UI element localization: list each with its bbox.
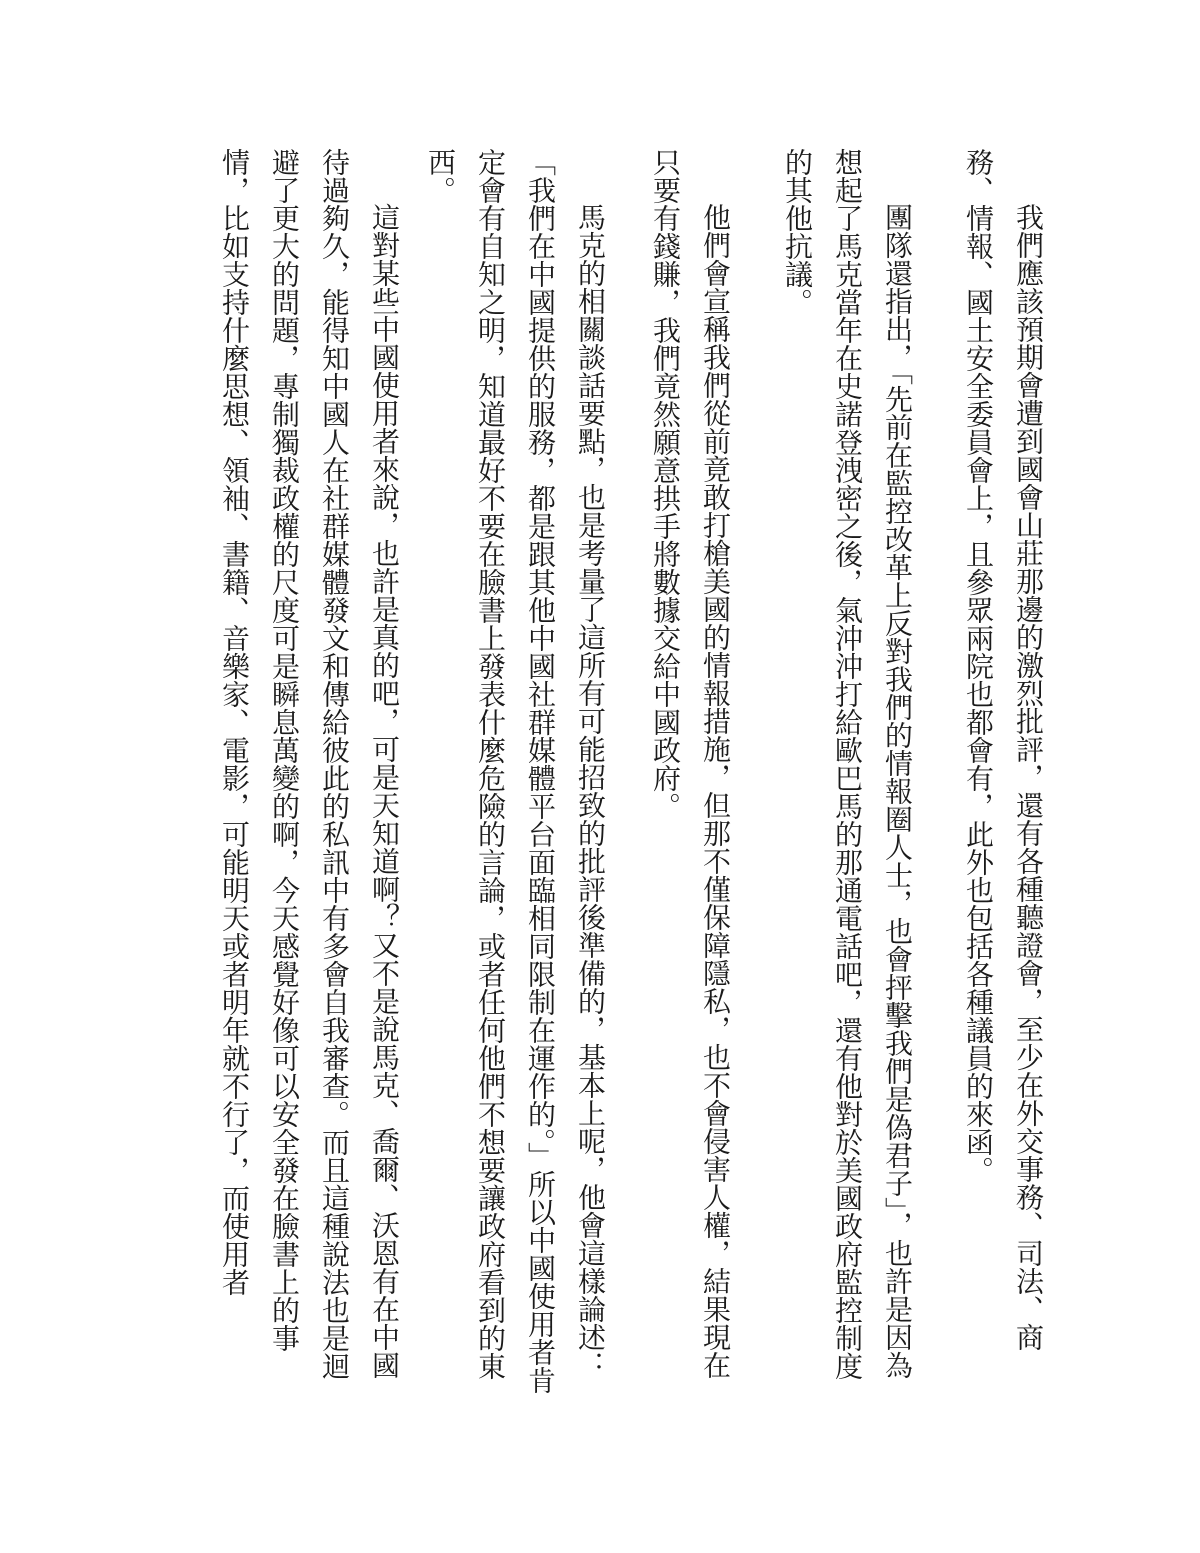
book-page: 我們應該預期會遭到國會山莊那邊的激烈批評，還有各種聽證會，至少在外交事務、司法、… [0, 0, 1200, 1553]
paragraph-2: 團隊還指出，「先前在監控改革上反對我們的情報圈人士，也會抨擊我們是偽君子」，也許… [772, 148, 922, 1403]
paragraph-4: 馬克的相關談話要點，也是考量了這所有可能招致的批評後準備的，基本上呢，他會這樣論… [415, 148, 615, 1403]
paragraph-3: 他們會宣稱我們從前竟敢打槍美國的情報措施，但那不僅保障隱私，也不會侵害人權，結果… [640, 148, 740, 1403]
paragraph-1: 我們應該預期會遭到國會山莊那邊的激烈批評，還有各種聽證會，至少在外交事務、司法、… [953, 148, 1053, 1403]
paragraph-5: 這對某些中國使用者來說，也許是真的吧，可是天知道啊？又不是說馬克、喬爾、沃恩有在… [209, 148, 409, 1403]
vertical-text-block: 我們應該預期會遭到國會山莊那邊的激烈批評，還有各種聽證會，至少在外交事務、司法、… [209, 148, 1053, 1403]
